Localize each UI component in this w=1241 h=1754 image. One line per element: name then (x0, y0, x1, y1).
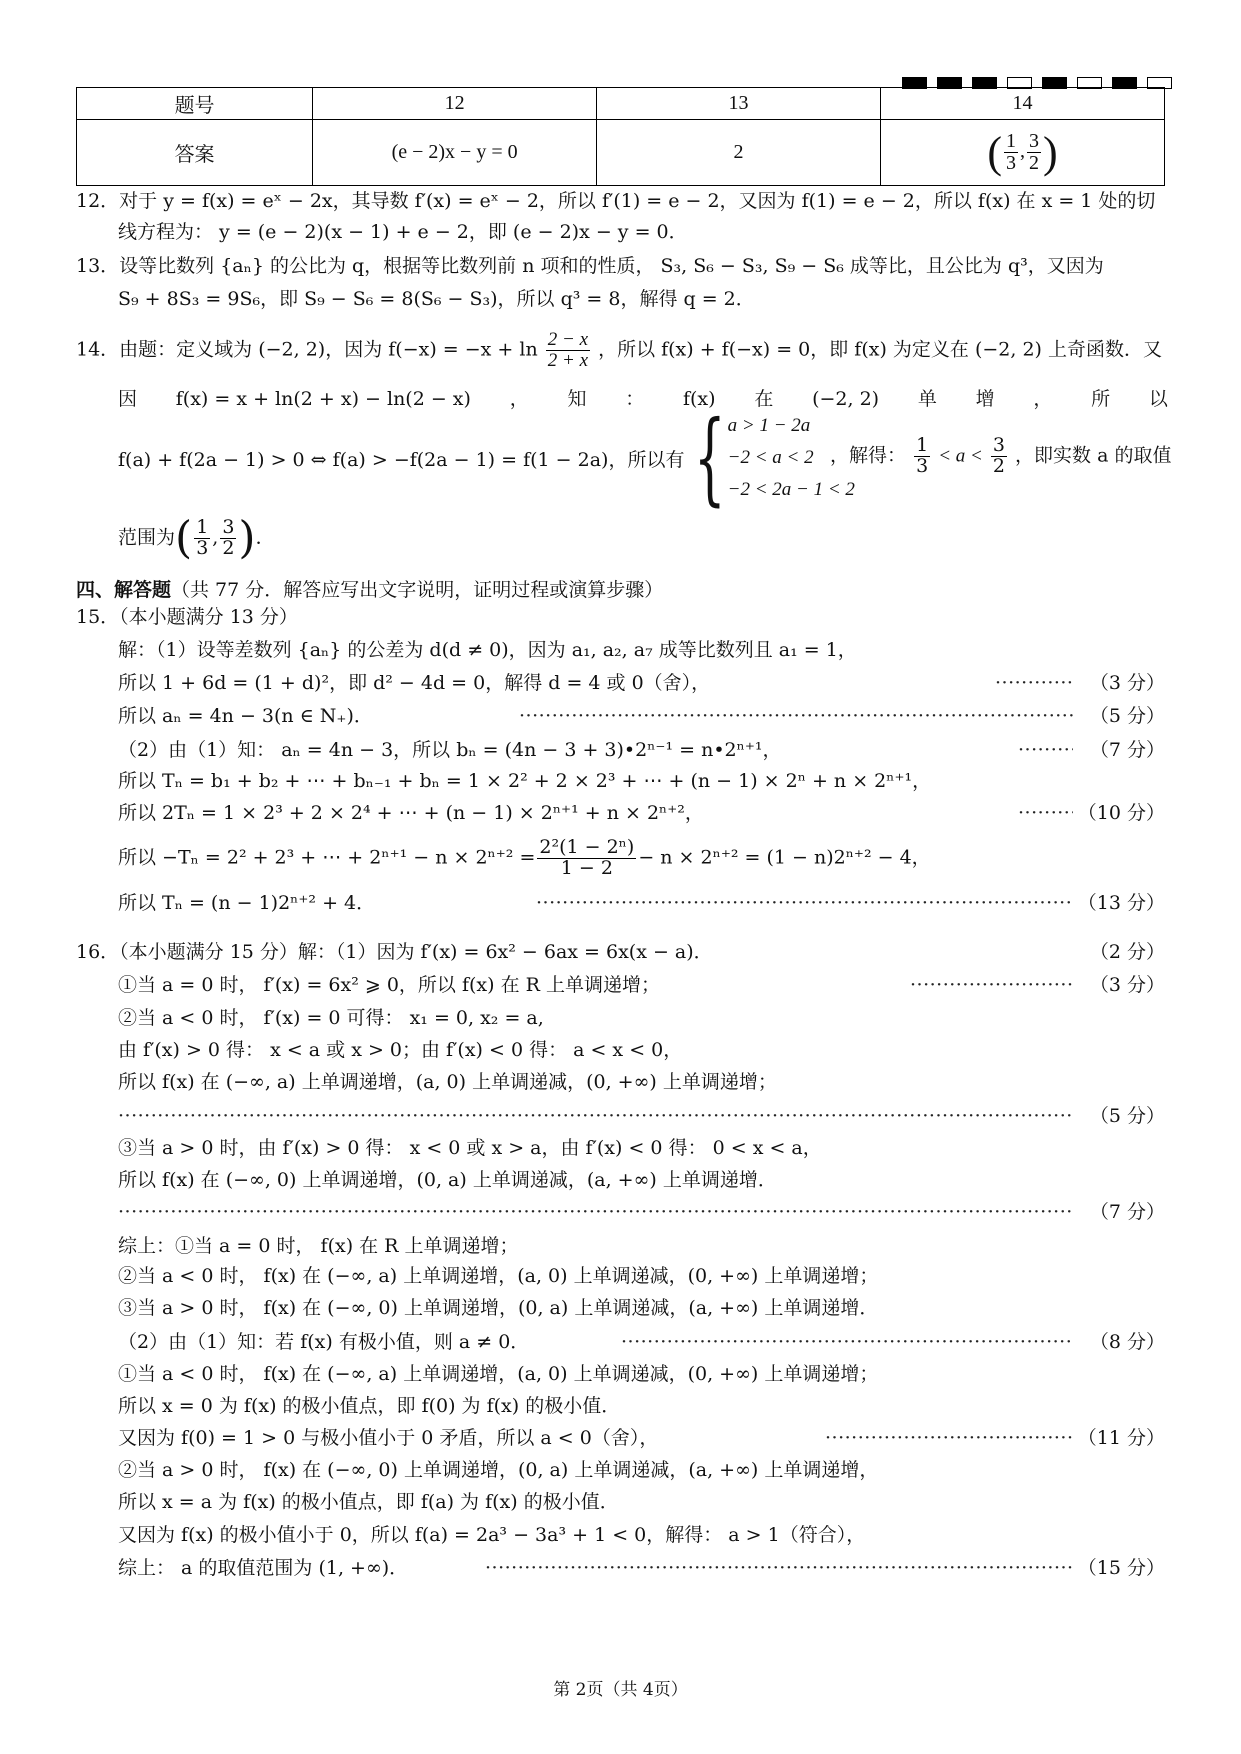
score-label: （7 分） (1090, 1198, 1165, 1226)
solution-text: ②当 a < 0 时， f(x) 在 (−∞, a) 上单调递增，(a, 0) … (118, 1265, 878, 1287)
solution-text: 所以 Tₙ = b₁ + b₂ + ⋯ + bₙ₋₁ + bₙ = 1 × 2²… (118, 770, 931, 792)
solution-text: 又因为 f(x) 的极小值小于 0，所以 f(a) = 2a³ − 3a³ + … (118, 1524, 865, 1546)
q14-line-2-token: f(x) = x + ln(2 + x) − ln(2 − x) (176, 385, 471, 413)
frac-denominator: 3 (194, 539, 210, 559)
leader-dots: ········································… (519, 702, 1073, 730)
solution-text: 所以 1 + 6d = (1 + d)²，即 d² − 4d = 0，解得 d … (118, 672, 710, 694)
score-label: （2 分） (1090, 938, 1165, 966)
score-label: （5 分） (1090, 1102, 1165, 1130)
solution-text: 所以 Tₙ = (n − 1)2ⁿ⁺² + 4． (118, 892, 375, 914)
solution-line: （2）由（1）知：若 f(x) 有极小值，则 a ≠ 0．···········… (118, 1328, 1165, 1356)
q12-line-1: 12．对于 y = f(x) = eˣ − 2x，其导数 f′(x) = eˣ … (76, 187, 1155, 215)
q14-line-3-pre: f(a) + f(2a − 1) > 0 ⇔ f(a) > −f(2a − 1)… (118, 446, 684, 474)
header-cell-13: 13 (597, 88, 881, 120)
frac-numerator: 3 (1027, 131, 1041, 153)
solution-text: 所以 −Tₙ = 2² + 2³ + ⋯ + 2ⁿ⁺¹ − n × 2ⁿ⁺² = (118, 846, 535, 868)
frac-denominator: 1 − 2 (537, 859, 636, 879)
section-4-title: 四、解答题 (76, 579, 171, 601)
solution-line: 所以 1 + 6d = (1 + d)²，即 d² − 4d = 0，解得 d … (118, 669, 1165, 697)
solution-line: 综上： a 的取值范围为 (1, +∞)．···················… (118, 1554, 1165, 1582)
answer-table: 题号 12 13 14 答案 (e − 2)x − y = 0 2 (13,32… (76, 87, 1165, 186)
solution-line: ②当 a < 0 时， f′(x) = 0 可得： x₁ = 0, x₂ = a… (118, 1004, 1165, 1032)
q14-inequality: < a < (938, 445, 983, 466)
q14-line-2-token: 单 (918, 385, 937, 413)
leader-dots: ········································… (825, 1424, 1073, 1452)
solution-text: 所以 f(x) 在 (−∞, 0) 上单调递增，(0, a) 上单调递减，(a,… (118, 1169, 777, 1191)
leader-dots: ········································… (995, 669, 1073, 697)
solution-text: 所以 f(x) 在 (−∞, a) 上单调递增，(a, 0) 上单调递减，(0,… (118, 1071, 777, 1093)
frac-denominator: 3 (914, 457, 930, 477)
header-cell-label: 题号 (77, 88, 313, 120)
leader-dots: ········································… (1018, 799, 1073, 827)
solution-line: 所以 Tₙ = b₁ + b₂ + ⋯ + bₙ₋₁ + bₙ = 1 × 2²… (118, 767, 1165, 795)
solution-line: 又因为 f(x) 的极小值小于 0，所以 f(a) = 2a³ − 3a³ + … (118, 1521, 1165, 1549)
leader-dots: ········································… (118, 1102, 1073, 1130)
solution-line: ③当 a > 0 时，由 f′(x) > 0 得： x < 0 或 x > a，… (118, 1134, 1165, 1162)
solution-text: ③当 a > 0 时， f(x) 在 (−∞, 0) 上单调递增，(0, a) … (118, 1297, 878, 1319)
frac-numerator: 2 − x (546, 330, 590, 351)
q14-line-1-pre: 14．由题：定义域为 (−2, 2)，因为 f(−x) = −x + ln (76, 338, 538, 360)
answer-cell-12: (e − 2)x − y = 0 (313, 120, 597, 186)
q14-line-1-post: ，所以 f(x) + f(−x) = 0，即 f(x) 为定义在 (−2, 2)… (598, 338, 1162, 360)
solution-line: ①当 a < 0 时， f(x) 在 (−∞, a) 上单调递增，(a, 0) … (118, 1360, 1165, 1388)
header-cell-14: 14 (881, 88, 1165, 120)
solution-line: 所以 x = a 为 f(x) 的极小值点，即 f(a) 为 f(x) 的极小值… (118, 1488, 1165, 1516)
solution-text: ③当 a > 0 时，由 f′(x) > 0 得： x < 0 或 x > a，… (118, 1137, 822, 1159)
q14-inequality-system: { a > 1 − 2a−2 < a < 2−2 < 2a − 1 < 2 (678, 408, 855, 508)
solution-text: 由 f′(x) > 0 得： x < a 或 x > 0；由 f′(x) < 0… (118, 1039, 682, 1061)
q14-line-2-token: 所 (1091, 385, 1110, 413)
leader-dots: ········································… (1018, 736, 1073, 764)
solution-line: 所以 x = 0 为 f(x) 的极小值点，即 f(0) 为 f(x) 的极小值… (118, 1392, 1165, 1420)
frac-numerator: 1 (1004, 131, 1018, 153)
solution-line: 所以 2Tₙ = 1 × 2³ + 2 × 2⁴ + ⋯ + (n − 1) ×… (118, 799, 1165, 827)
solution-text: （2）由（1）知：若 f(x) 有极小值，则 a ≠ 0． (118, 1331, 529, 1353)
solution-line: ①当 a = 0 时， f′(x) = 6x² ⩾ 0，所以 f(x) 在 R … (118, 971, 1165, 999)
q14-line-2-token: ： (625, 385, 644, 413)
solution-text: 综上： a 的取值范围为 (1, +∞)． (118, 1557, 408, 1579)
frac-numerator: 1 (914, 436, 930, 457)
q15-sum-result: − n × 2ⁿ⁺² = (1 − n)2ⁿ⁺² − 4， (638, 846, 930, 868)
answer-table-answer-row: 答案 (e − 2)x − y = 0 2 (13,32) (77, 120, 1165, 186)
leader-dots: ········································… (485, 1554, 1073, 1582)
leader-dots: ········································… (536, 889, 1073, 917)
brace-icon: { (694, 408, 726, 508)
solution-line: 所以 aₙ = 4n − 3(n ∈ N₊)．·················… (118, 702, 1165, 730)
frac-denominator: 2 (991, 457, 1007, 477)
solution-text: ②当 a < 0 时， f′(x) = 0 可得： x₁ = 0, x₂ = a… (118, 1007, 544, 1029)
q13-line-1: 13．设等比数列 {aₙ} 的公比为 q，根据等比数列前 n 项和的性质， S₃… (76, 252, 1104, 280)
q14-line-2-token: 因 (118, 385, 137, 413)
q14-line-2-token: 知 (567, 385, 586, 413)
score-label: （3 分） (1090, 971, 1165, 999)
answer-table-header-row: 题号 12 13 14 (77, 88, 1165, 120)
frac-denominator: 2 (1027, 153, 1041, 174)
header-cell-12: 12 (313, 88, 597, 120)
score-label: （3 分） (1090, 669, 1165, 697)
system-inequality: −2 < 2a − 1 < 2 (728, 474, 855, 506)
solution-line: 由 f′(x) > 0 得： x < a 或 x > 0；由 f′(x) < 0… (118, 1036, 1165, 1064)
leader-dots: ········································… (118, 1198, 1073, 1226)
q16-title: 16．（本小题满分 15 分）解：（1）因为 f′(x) = 6x² − 6ax… (76, 941, 713, 963)
solution-text: ①当 a < 0 时， f(x) 在 (−∞, a) 上单调递增，(a, 0) … (118, 1363, 878, 1385)
solution-text: ①当 a = 0 时， f′(x) = 6x² ⩾ 0，所以 f(x) 在 R … (118, 974, 660, 996)
solution-line: 综上：①当 a = 0 时， f(x) 在 R 上单调递增； (118, 1232, 1165, 1260)
q14-line-4: 范围为(13,32)． (118, 518, 275, 559)
frac-numerator: 1 (194, 518, 210, 539)
answer-cell-13: 2 (597, 120, 881, 186)
score-label: （15 分） (1078, 1554, 1165, 1582)
frac-denominator: 2 + x (546, 351, 590, 371)
solution-line: ②当 a > 0 时， f(x) 在 (−∞, 0) 上单调递增，(0, a) … (118, 1456, 1165, 1484)
score-label: （7 分） (1090, 736, 1165, 764)
solution-line: 所以 −Tₙ = 2² + 2³ + ⋯ + 2ⁿ⁺¹ − n × 2ⁿ⁺² =… (118, 838, 1165, 879)
q14-range-label: 范围为 (118, 526, 175, 548)
section-4-heading: 四、解答题（共 77 分．解答应写出文字说明，证明过程或演算步骤） (76, 576, 663, 604)
q14-line-2-token: 增 (976, 385, 995, 413)
section-4-subtitle: （共 77 分．解答应写出文字说明，证明过程或演算步骤） (171, 579, 663, 601)
solution-line: ③当 a > 0 时， f(x) 在 (−∞, 0) 上单调递增，(0, a) … (118, 1294, 1165, 1322)
q14-line-1: 14．由题：定义域为 (−2, 2)，因为 f(−x) = −x + ln 2 … (76, 330, 1162, 371)
score-label: （8 分） (1090, 1328, 1165, 1356)
q13-line-2: S₉ + 8S₃ = 9S₆，即 S₉ − S₆ = 8(S₆ − S₃)，所以… (118, 285, 755, 313)
solution-line: 所以 f(x) 在 (−∞, 0) 上单调递增，(0, a) 上单调递减，(a,… (118, 1166, 1165, 1194)
q14-line-2-token: ， (510, 385, 529, 413)
solution-text: 解：（1）设等差数列 {aₙ} 的公差为 d(d ≠ 0)，因为 a₁, a₂,… (118, 639, 857, 661)
frac-numerator: 3 (991, 436, 1007, 457)
solution-text: ②当 a > 0 时， f(x) 在 (−∞, 0) 上单调递增，(0, a) … (118, 1459, 878, 1481)
score-label: （5 分） (1090, 702, 1165, 730)
q14-line-2-token: 以 (1149, 385, 1168, 413)
score-label: （13 分） (1078, 889, 1165, 917)
q14-period: ． (256, 526, 275, 548)
solution-line: 又因为 f(0) = 1 > 0 与极小值小于 0 矛盾，所以 a < 0（舍）… (118, 1424, 1165, 1452)
score-label: （10 分） (1078, 799, 1165, 827)
solution-text: 所以 x = a 为 f(x) 的极小值点，即 f(a) 为 f(x) 的极小值… (118, 1491, 619, 1513)
q14-line-2-token: ， (1033, 385, 1052, 413)
q15-title: 15．（本小题满分 13 分） (76, 603, 298, 631)
q14-fraction: 2 − x2 + x (546, 330, 590, 371)
answer-cell-14: (13,32) (881, 120, 1165, 186)
q14-solve-label: ，解得： (830, 444, 906, 466)
solution-text: 又因为 f(0) = 1 > 0 与极小值小于 0 矛盾，所以 a < 0（舍）… (118, 1427, 658, 1449)
solution-text: 综上：①当 a = 0 时， f(x) 在 R 上单调递增； (118, 1235, 519, 1257)
q14-frac-lower: 13 (914, 436, 930, 477)
solution-line: 解：（1）设等差数列 {aₙ} 的公差为 d(d ≠ 0)，因为 a₁, a₂,… (118, 636, 1165, 664)
solution-text: 所以 aₙ = 4n − 3(n ∈ N₊)． (118, 705, 373, 727)
solution-line: ②当 a < 0 时， f(x) 在 (−∞, a) 上单调递增，(a, 0) … (118, 1262, 1165, 1290)
solution-text: 所以 x = 0 为 f(x) 的极小值点，即 f(0) 为 f(x) 的极小值… (118, 1395, 620, 1417)
q14-frac-upper: 32 (991, 436, 1007, 477)
q15-sum-fraction: 2²(1 − 2ⁿ)1 − 2 (537, 838, 636, 879)
frac-numerator: 3 (220, 518, 236, 539)
q14-line-3-post: ，即实数 a 的取值 (1015, 444, 1171, 466)
page-footer: 第 2页（共 4页） (0, 1675, 1241, 1700)
leader-dots: ········································… (910, 971, 1073, 999)
solution-text: （2）由（1）知： aₙ = 4n − 3，所以 bₙ = (4n − 3 + … (118, 739, 781, 761)
q16-title-line: 16．（本小题满分 15 分）解：（1）因为 f′(x) = 6x² − 6ax… (76, 938, 1165, 966)
frac-denominator: 2 (220, 539, 236, 559)
frac-numerator: 2²(1 − 2ⁿ) (537, 838, 636, 859)
solution-text: 所以 2Tₙ = 1 × 2³ + 2 × 2⁴ + ⋯ + (n − 1) ×… (118, 802, 704, 824)
solution-line: 所以 f(x) 在 (−∞, a) 上单调递增，(a, 0) 上单调递减，(0,… (118, 1068, 1165, 1096)
leader-dots: ········································… (621, 1328, 1073, 1356)
q14-line-3-solution: ，解得： 13 < a < 32 ，即实数 a 的取值 (830, 436, 1171, 477)
answer-cell-label: 答案 (77, 120, 313, 186)
score-label: （11 分） (1078, 1424, 1165, 1452)
q12-line-2: 线方程为： y = (e − 2)(x − 1) + e − 2，即 (e − … (118, 218, 688, 246)
frac-denominator: 3 (1004, 153, 1018, 174)
solution-line: （2）由（1）知： aₙ = 4n − 3，所以 bₙ = (4n − 3 + … (118, 736, 1165, 764)
solution-line: 所以 Tₙ = (n − 1)2ⁿ⁺² + 4．················… (118, 889, 1165, 917)
q14-line-2: 因f(x) = x + ln(2 + x) − ln(2 − x)，知：f(x)… (118, 385, 1168, 413)
